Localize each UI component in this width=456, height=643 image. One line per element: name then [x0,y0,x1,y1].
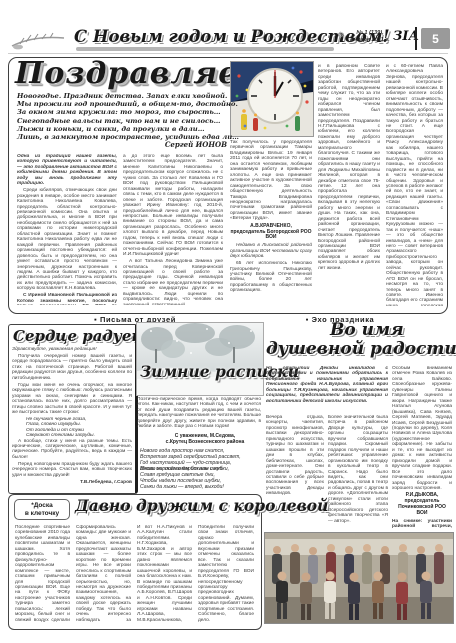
heart-letter-box: Сердце радуется... Здравствуйте, уважаем… [8,324,138,494]
congrats-col3-text: Так получилось у председателя первичной … [230,140,312,222]
checkers-label-line2: в клеточку [15,510,69,518]
checkers-col2: Сформировались команды: две мужские и од… [76,525,131,623]
header-rule [8,53,448,54]
winter-sig-place: с.Крутец Вознесенского района [150,440,260,446]
congrats-col3-rest: 65 лет исполнилось Николаю Григорьевичу … [230,261,312,294]
ornament-branch-icon [10,30,68,52]
header-divider [415,27,417,50]
heart-p3: А вообще, стихи у меня на разные темы. Е… [12,439,132,461]
winter-text: Поэтично-лирическое время, когда подводя… [137,397,261,430]
congrats-intro: Одна из традиций нашей газеты, которую п… [17,154,117,187]
congrats-col1-lead: С Ириной Ивановной Пильщиковой из Котово… [17,293,117,305]
poem-line: Новогодье. Праздник детства. Запах елки … [17,92,227,100]
heart-signature: Т.В.Лебедева, г.Саров [12,480,132,485]
echo-intro: На открытии Декады инвалидов с приветств… [266,366,388,412]
checkers-col3: И вот Н.А.Пикунов и А.А.Калугин стали по… [137,525,192,623]
echo-col3: Особым вниманием отмечен Рома Ковалев из… [392,366,452,528]
checkers-col3-text: И вот Н.А.Пикунов и А.А.Калугин стали по… [137,525,192,623]
group-photo [264,532,454,624]
echo-title-line2: душевной радости [266,339,452,359]
heart-greeting: Здравствуйте, уважаемая редакция! [12,347,132,352]
congrats-col1-text: Среди юбиляров, отмечающих свои дни рожд… [17,188,117,292]
checkers-col1: Последние спортивные соревнования 2010 г… [15,525,70,623]
snowflake-ornament-icon: ❅ [337,30,345,41]
congrats-col2: а до этого еще восемь лет была заместите… [123,154,223,305]
poem-author: Сергей ИОНОВ [17,141,227,149]
checkers-corner-label: *Доска в клеточку [14,499,70,520]
signature-kravchenko-role: председатель Богородской РОО ВОИ [230,230,312,242]
congrats-col3-note: Недавно в Лысковской районной организаци… [230,243,312,259]
banner-title: С Новым годом и Рождеством! [74,27,336,46]
checkers-col1-text: Последние спортивные соревнования 2010 г… [15,525,70,623]
congrats-col2-text: а до этого еще восемь лет была заместите… [123,154,223,258]
heart-p1: Получила очередной номер вашей газеты, и… [12,354,132,381]
banner-underline [76,47,334,51]
issue-date: января 2011 г. [348,37,392,44]
page-number: 5 [432,32,439,46]
congrats-col5: и с 60-летием Павла Александровича Зерно… [386,64,443,306]
new-year-clock-photo [230,61,314,137]
echo-title-line1: Во имя [330,320,404,340]
echo-col1-text: Вечера отдыха, концерты, чаепития, просм… [266,415,324,497]
checkers-col4: Победители получили свои знаки отличия, … [198,525,254,623]
heart-verse: Не скучают черные глаза, Глаза, словно и… [26,417,132,439]
checkers-col4-text: Победители получили свои знаки отличия, … [198,525,254,623]
issue-info: № 1 (139), января 2011 г. [348,30,392,44]
winter-signature: С уважением, М.Седова, с.Крутец Вознесен… [150,434,260,446]
checkers-col2-text: Сформировались команды: две мужские и од… [76,525,131,623]
checkers-title: Давно дружим с королевой [75,496,328,515]
congrats-col5-text: и с 60-летием Павла Александровича Зерно… [386,64,443,306]
poem-line: Лыжи и коньки, и санки, да прогулки в да… [17,125,227,133]
winter-letter-text: Поэтично-лирическое время, когда подводя… [137,397,261,433]
checkers-label-line1: *Доска [15,502,69,510]
echo-intro-text: На открытии Декады инвалидов с приветств… [266,366,388,404]
congrats-col4-text: и в районном Совете ветеранов. Его автор… [318,64,380,271]
echo-photo-caption: На снимке: участники районной встречи, п… [392,519,452,528]
signature-dykova-role: председатель Починковской РОО ВОИ [392,499,452,516]
congrats-col2-lead: А вот Татьяна Леонидовна Зимина уже отчи… [123,259,223,305]
checkers-article: *Доска в клеточку Давно дружим с королев… [8,494,262,630]
heart-letter-text: Здравствуйте, уважаемая редакция! Получи… [12,347,132,485]
heart-p4: Перед новогодним праздником буду ждать в… [12,462,132,478]
echo-col2: Более значительной была встреча в районн… [328,415,388,528]
winter-verse-2: Вновь мы поднимем бокалы и кубки, Славя … [140,466,229,490]
congrats-poem: Новогодье. Праздник детства. Запах елки … [17,92,227,149]
echo-col2-text: Более значительной была встреча в районн… [328,415,388,524]
verse-line: Санки да лыжи — вперед, выходи! [140,484,229,490]
echo-col3-text: Особым вниманием отмечен Рома Ковалев из… [392,366,452,491]
congrats-article: Поздравляем! Новогодь [8,57,448,314]
poem-line: Снегопадные вальсы так, что нам и не сни… [17,117,227,125]
heart-p2: Годы мои меня не очень огорчают, на мног… [12,383,132,416]
congrats-col4: и в районном Совете ветеранов. Его автор… [318,64,380,306]
issue-number: № 1 (139), [348,30,392,37]
congrats-col1: Одна из традиций нашей газеты, которую п… [17,154,117,305]
heart-title: Сердце радуется... [13,327,132,345]
poem-line: За окном зима кружила: то мороз, то сыро… [17,108,227,116]
congrats-col3: Так получилось у председателя первичной … [230,140,312,305]
poem-line: Мы прожили год прошедший, в общем-то, до… [17,100,227,108]
page-number-box: 5 [421,28,450,49]
winter-photo [136,322,264,396]
newspaper-page: С Новым годом и Рождеством! ❅ № 1 (139),… [0,0,456,643]
